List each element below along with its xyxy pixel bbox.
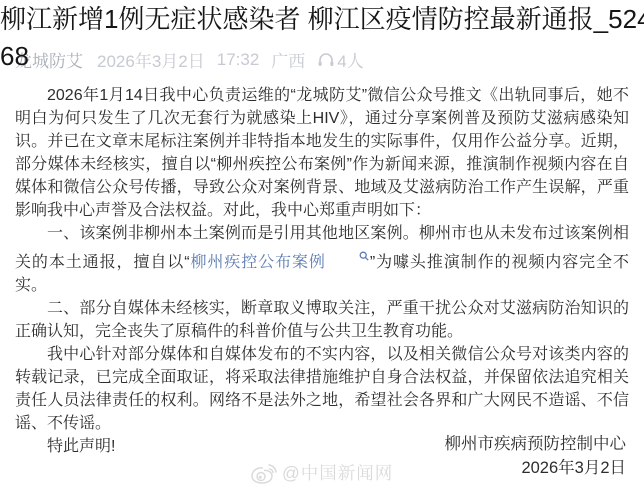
paragraph-4: 我中心针对部分媒体和自媒体发布的不实内容，以及相关微信公众号对该类内容的转载记录…	[15, 343, 629, 435]
case-search-link[interactable]: 柳州疾控公布案例	[190, 254, 370, 271]
article-page: 龙城防艾 2026年3月2日 17:32 广西 4人 柳江新增1例无症状感染者 …	[0, 0, 644, 500]
watermark-text: @中国新闻网	[282, 460, 393, 485]
paragraph-2: 一、该案例非柳州本土案例而是引用其他地区案例。柳州市也从未发布过该案例相关的本土…	[15, 222, 629, 297]
search-icon[interactable]	[327, 245, 369, 268]
page-title-line2: 68	[0, 38, 644, 75]
case-search-link-text[interactable]: 柳州疾控公布案例	[190, 254, 326, 271]
weibo-icon	[249, 459, 279, 485]
paragraph-1: 2026年1月14日我中心负责运维的“龙城防艾”微信公众号推文《出轨同事后，她不…	[15, 84, 629, 222]
watermark: @中国新闻网	[249, 459, 393, 485]
paragraph-3: 二、部分自媒体未经核实，断章取义博取关注，严重干扰公众对艾滋病防治知识的正确认知…	[15, 297, 629, 343]
signature-date: 2026年3月2日	[445, 456, 627, 480]
statement-body: 2026年1月14日我中心负责运维的“龙城防艾”微信公众号推文《出轨同事后，她不…	[15, 84, 629, 458]
signature-block: 柳州市疾病预防控制中心 2026年3月2日	[445, 432, 627, 480]
page-title: 柳江新增1例无症状感染者 柳江区疫情防控最新通报_524 68	[0, 1, 644, 75]
signature-org: 柳州市疾病预防控制中心	[445, 432, 627, 456]
page-title-line1: 柳江新增1例无症状感染者 柳江区疫情防控最新通报_524	[0, 1, 644, 38]
